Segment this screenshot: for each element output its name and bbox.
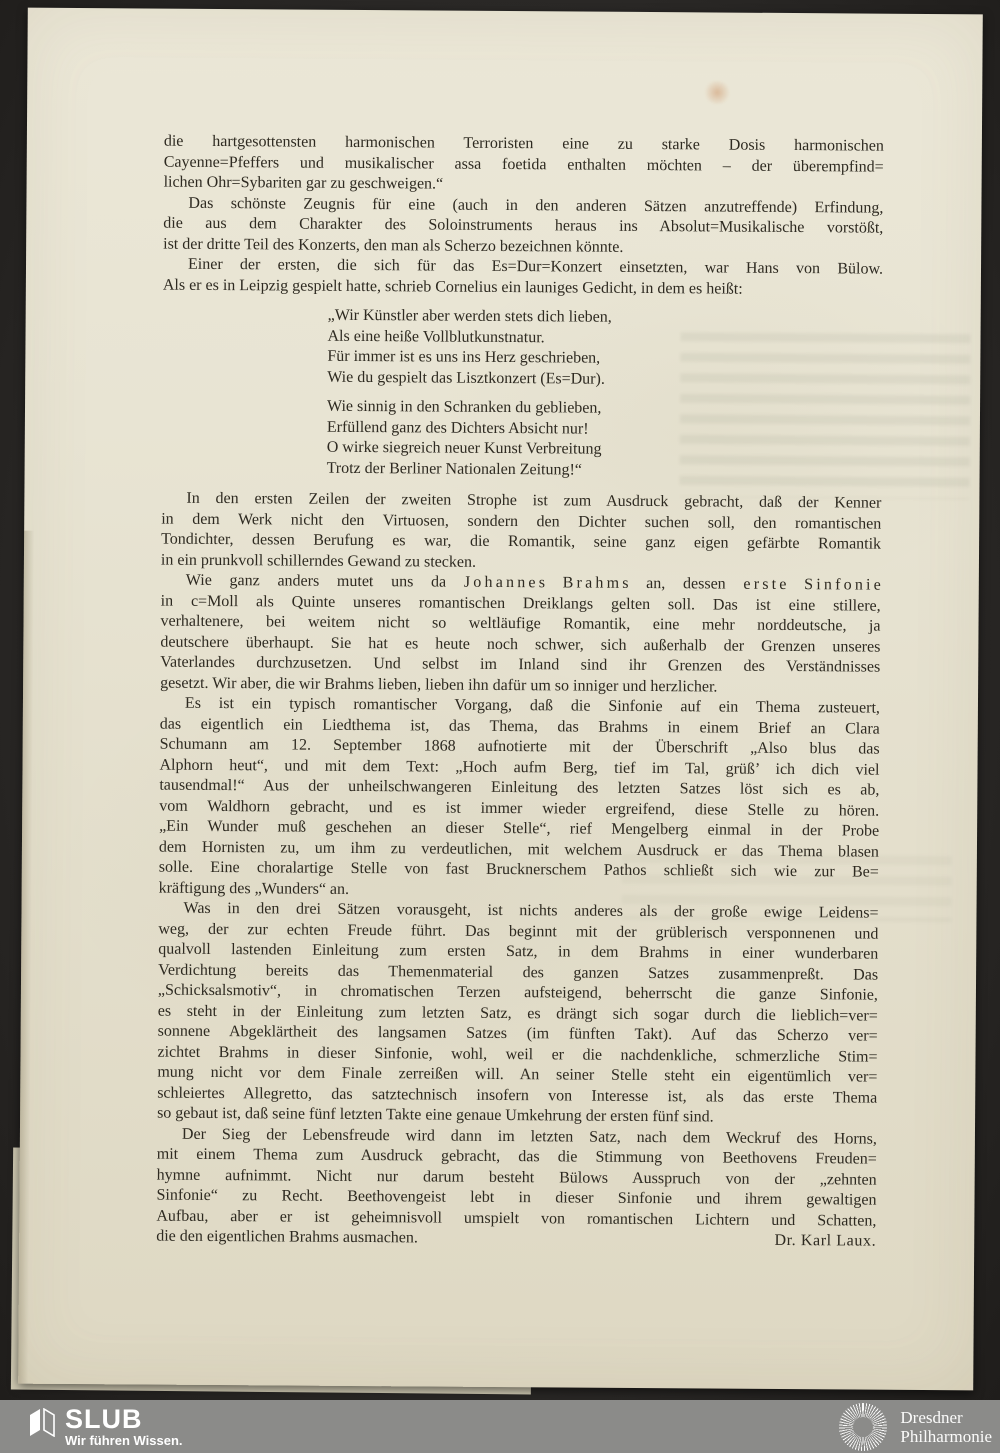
library-footer-bar: SLUB Wir führen Wissen. Dresdner Philhar… (0, 1400, 1000, 1453)
slub-open-book-icon (29, 1408, 56, 1437)
slub-tagline: Wir führen Wissen. (65, 1434, 183, 1448)
dresdner-philharmonie-logo: Dresdner Philharmonie (839, 1403, 992, 1451)
closing-text: die den eigentlichen Brahms ausmachen. (156, 1227, 418, 1249)
philharmonie-name-line1: Dresdner (900, 1408, 992, 1427)
poem-line: Wie du gespielt das Lisztkonzert (Es=Dur… (327, 367, 882, 391)
scanned-document-page: die hartgesottensten harmonischen Terror… (18, 8, 983, 1391)
document-text: die hartgesottensten harmonischen Terror… (156, 132, 884, 1252)
starburst-center-hole (853, 1417, 873, 1437)
slub-wordmark: SLUB (65, 1406, 183, 1432)
paragraph: Wie ganz anders mutet uns da J o h a n n… (160, 571, 881, 699)
paragraph: Der Sieg der Lebensfreude wird dann im l… (156, 1124, 877, 1252)
paragraph: Das schönste Zeugnis für eine (auch in d… (163, 193, 883, 260)
paragraph: Einer der ersten, die sich für das Es=Du… (163, 255, 883, 301)
poem-stanza: Wie sinnig in den Schranken du geblieben… (327, 397, 883, 483)
paragraph: In den ersten Zeilen der zweiten Strophe… (161, 489, 882, 576)
philharmonie-name-line2: Philharmonie (900, 1427, 992, 1446)
paper-stain (703, 80, 731, 104)
slub-logo: SLUB Wir führen Wissen. (29, 1406, 183, 1448)
author-signature: Dr. Karl Laux. (774, 1231, 876, 1252)
scan-viewport: die hartgesottensten harmonischen Terror… (0, 0, 1000, 1453)
paragraph: Es ist ein typisch romantischer Vorgang,… (159, 694, 880, 904)
paragraph: Was in den drei Sätzen vorausgeht, ist n… (157, 899, 879, 1130)
philharmonie-starburst-icon (839, 1403, 887, 1451)
paragraph: die hartgesottensten harmonischen Terror… (164, 132, 884, 199)
poem-line: Trotz der Berliner Nationalen Zeitung!“ (327, 458, 882, 482)
poem-stanza: „Wir Künstler aber werden stets dich lie… (327, 306, 883, 392)
